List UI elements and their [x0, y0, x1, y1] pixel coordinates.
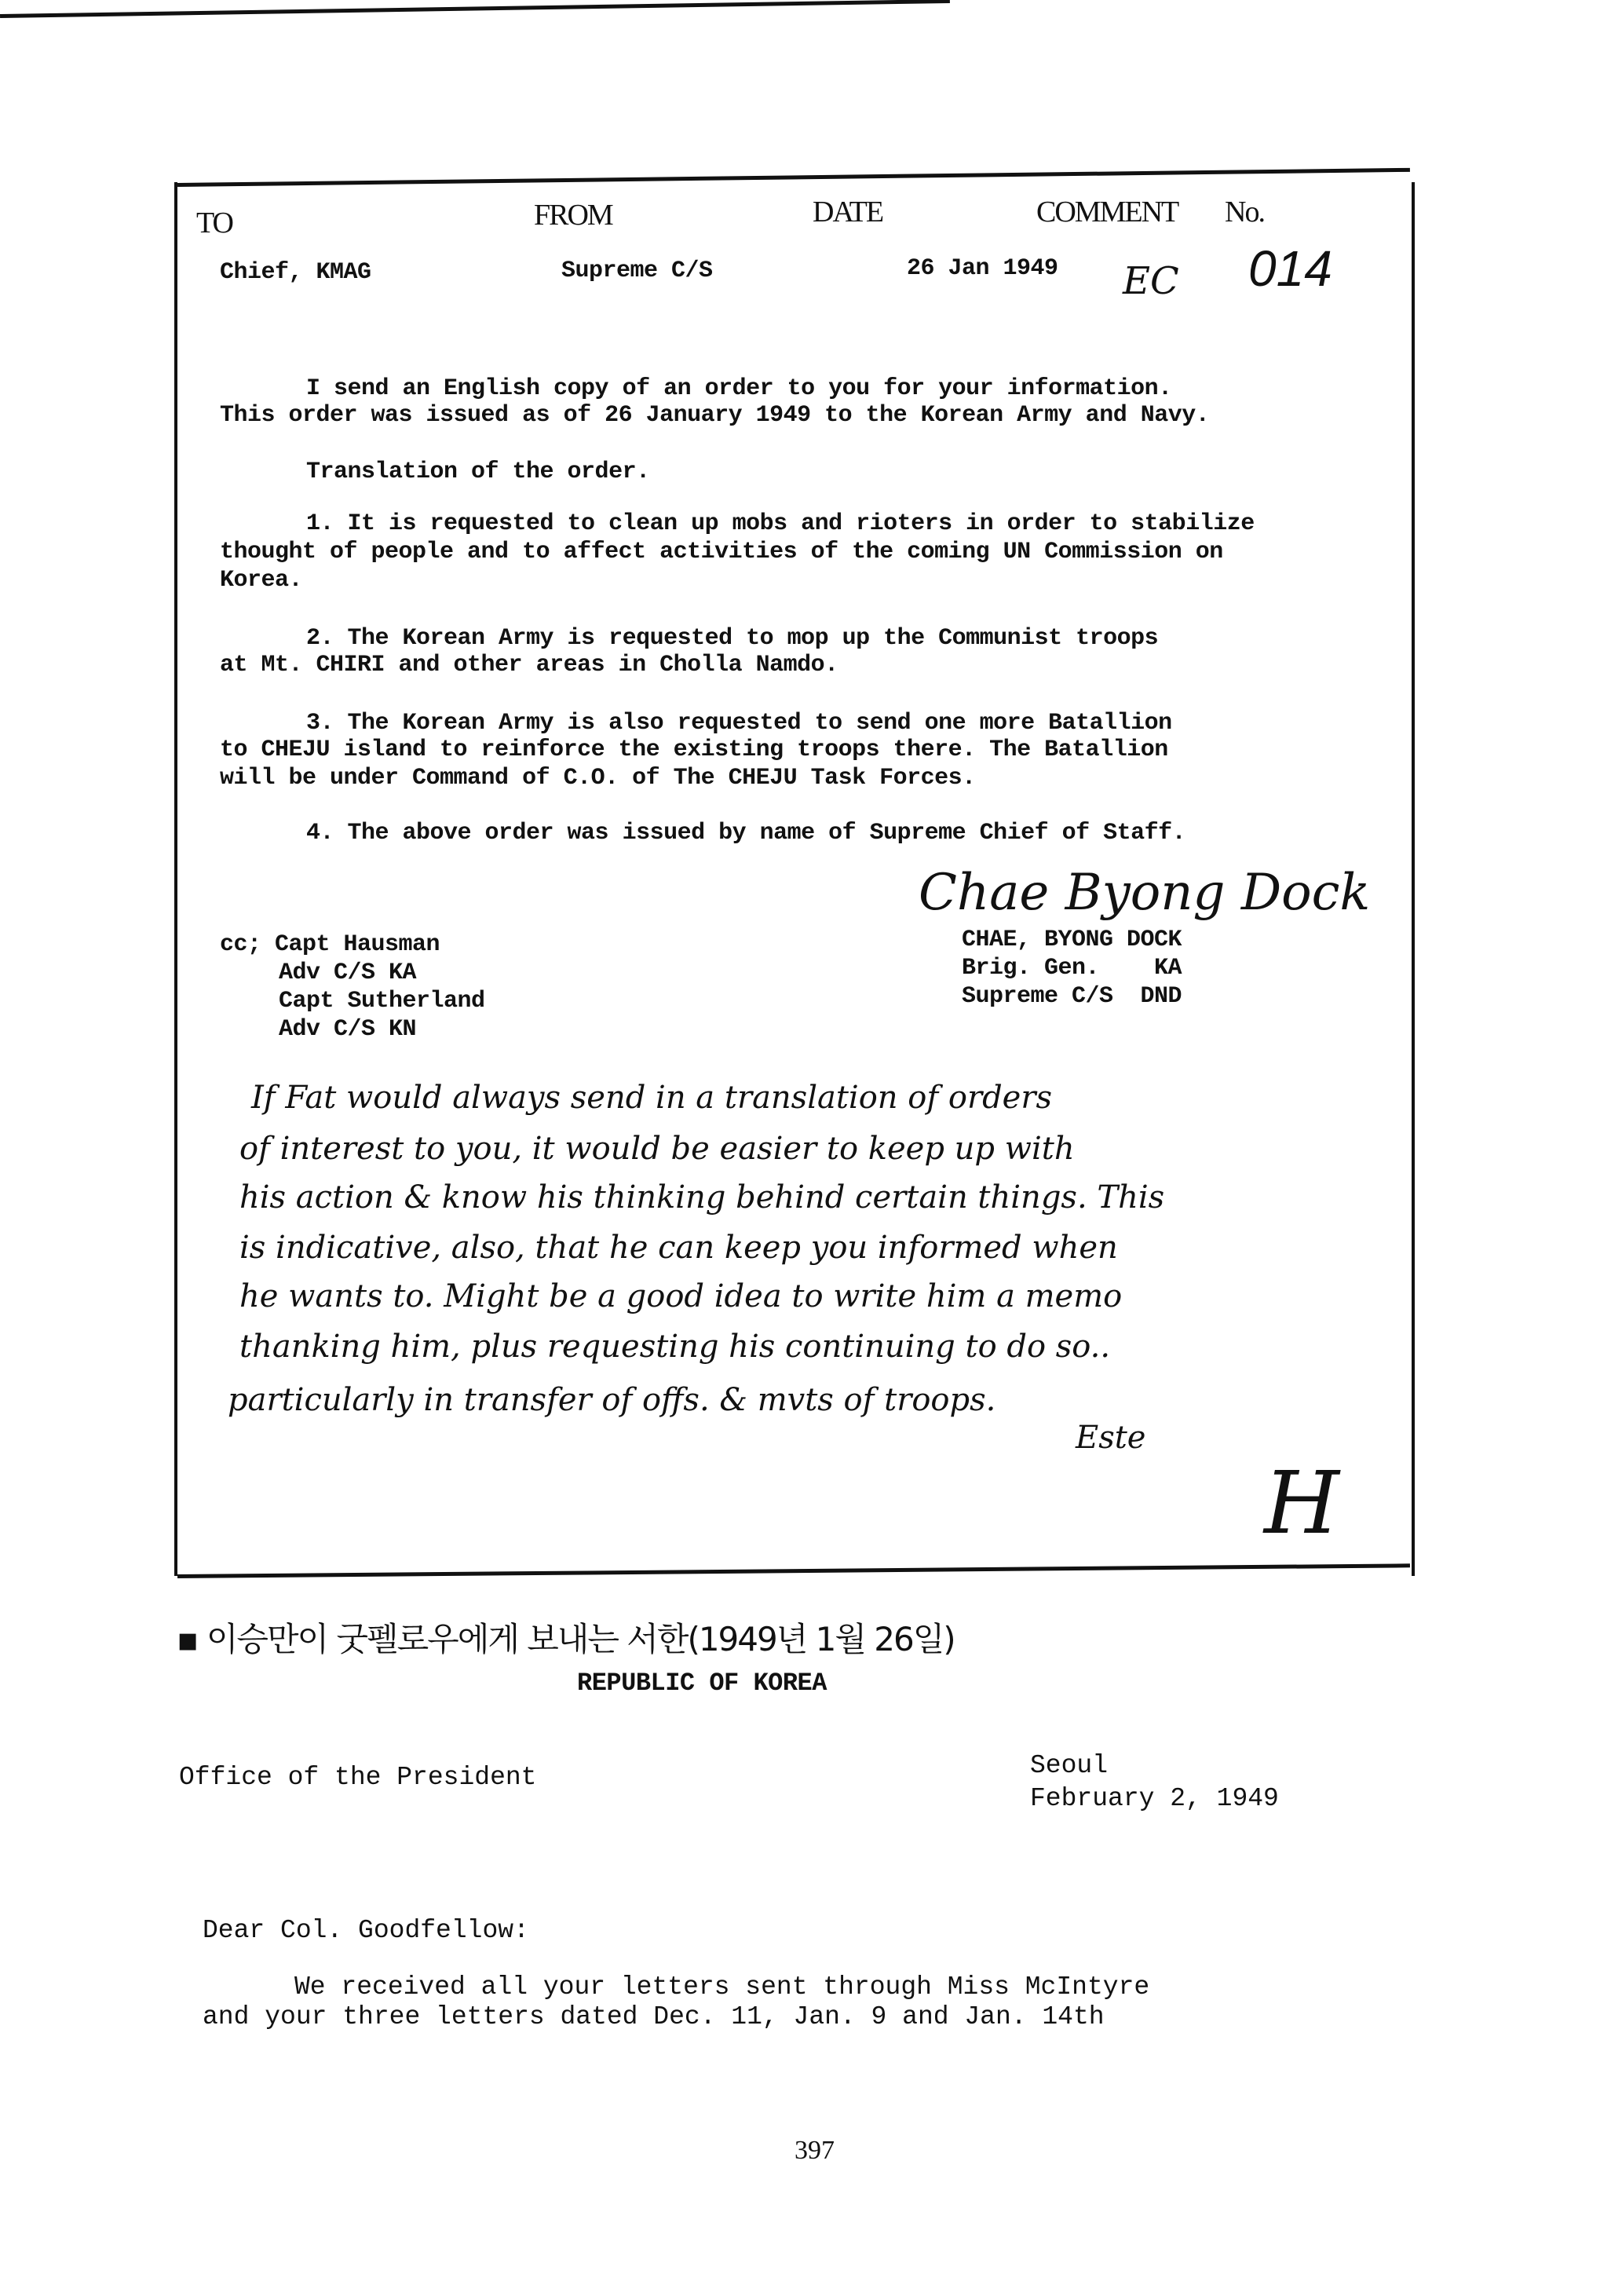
- letter-heading: REPUBLIC OF KOREA: [577, 1669, 827, 1698]
- item-2-line-2: at Mt. CHIRI and other areas in Cholla N…: [220, 652, 838, 678]
- item-3-line-3: will be under Command of C.O. of The CHE…: [220, 765, 976, 792]
- header-comment: COMMENT: [1036, 195, 1178, 229]
- page-number: 397: [795, 2136, 835, 2166]
- header-number: No.: [1225, 195, 1264, 229]
- note-line-5: he wants to. Might be a good idea to wri…: [239, 1278, 1122, 1314]
- corner-initial-mark: H: [1264, 1453, 1339, 1553]
- cc-line-2: Adv C/S KA: [279, 960, 416, 986]
- initials-stamp: EC: [1123, 259, 1179, 303]
- handwritten-signature: Chae Byong Dock: [919, 864, 1370, 922]
- item-2-line-1: 2. The Korean Army is requested to mop u…: [306, 625, 1158, 652]
- translation-heading: Translation of the order.: [306, 459, 650, 485]
- item-1-line-3: Korea.: [220, 567, 302, 594]
- to-value: Chief, KMAG: [220, 259, 371, 286]
- item-3-line-2: to CHEJU island to reinforce the existin…: [220, 737, 1168, 763]
- photo-caption: ▪ 이승만이 굿펠로우에게 보내는 서한(1949년 1월 26일): [177, 1614, 955, 1661]
- date-value: 26 Jan 1949: [907, 255, 1058, 282]
- note-line-4: is indicative, also, that he can keep yo…: [239, 1230, 1118, 1266]
- scan-top-rule: [0, 0, 950, 18]
- from-value: Supreme C/S: [561, 258, 713, 284]
- letter-date: February 2, 1949: [1030, 1784, 1279, 1813]
- letter-body-line-2: and your three letters dated Dec. 11, Ja…: [203, 2002, 1105, 2031]
- signatory-rank: Brig. Gen. KA: [962, 955, 1182, 982]
- letter-salutation: Dear Col. Goodfellow:: [203, 1916, 529, 1945]
- intro-line-1: I send an English copy of an order to yo…: [306, 375, 1172, 402]
- letter-place: Seoul: [1030, 1751, 1108, 1780]
- signatory-name: CHAE, BYONG DOCK: [962, 927, 1182, 953]
- note-line-7: particularly in transfer of offs. & mvts…: [228, 1382, 995, 1418]
- note-line-6: thanking him, plus requesting his contin…: [239, 1329, 1110, 1365]
- cc-line-1: cc; Capt Hausman: [220, 931, 440, 958]
- item-4-line-1: 4. The above order was issued by name of…: [306, 820, 1185, 846]
- intro-line-2: This order was issued as of 26 January 1…: [220, 402, 1209, 429]
- note-line-3: his action & know his thinking behind ce…: [239, 1179, 1164, 1216]
- item-1-line-2: thought of people and to affect activiti…: [220, 539, 1223, 565]
- cc-line-3: Capt Sutherland: [279, 988, 485, 1015]
- signatory-title: Supreme C/S DND: [962, 983, 1182, 1010]
- note-line-2: of interest to you, it would be easier t…: [239, 1131, 1075, 1167]
- letter-office: Office of the President: [179, 1763, 536, 1792]
- header-to: TO: [196, 206, 232, 240]
- item-1-line-1: 1. It is requested to clean up mobs and …: [306, 510, 1255, 537]
- cc-line-4: Adv C/S KN: [279, 1016, 416, 1043]
- header-from: FROM: [534, 198, 612, 232]
- note-signature: Este: [1076, 1420, 1145, 1456]
- note-line-1: If Fat would always send in a translatio…: [251, 1080, 1052, 1116]
- header-date: DATE: [813, 195, 882, 229]
- item-3-line-1: 3. The Korean Army is also requested to …: [306, 710, 1172, 737]
- letter-body-line-1: We received all your letters sent throug…: [294, 1972, 1149, 2002]
- memo-number: 014: [1248, 239, 1332, 298]
